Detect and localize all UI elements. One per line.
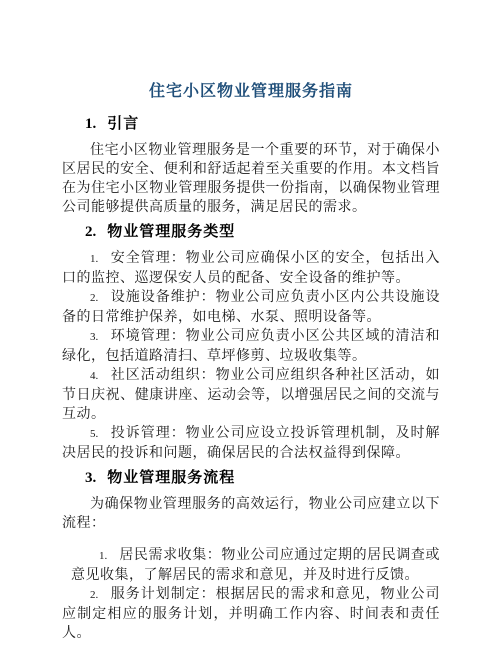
process-intro-paragraph: 为确保物业管理服务的高效运行，物业公司应建立以下流程： — [62, 495, 440, 533]
item-number: 2. — [90, 292, 98, 304]
section-title: 物业管理服务类型 — [107, 224, 235, 240]
item-text: 环境管理：物业公司应负责小区公共区域的清洁和绿化，包括道路清扫、草坪修剪、垃圾收… — [62, 329, 440, 364]
item-number: 3. — [90, 331, 98, 343]
list-item-community-activities: 4.社区活动组织：物业公司应组织各种社区活动，如节日庆祝、健康讲座、运动会等，以… — [62, 366, 440, 424]
list-item-complaint-management: 5.投诉管理：物业公司应设立投诉管理机制，及时解决居民的投诉和问题，确保居民的合… — [62, 424, 440, 463]
item-text: 社区活动组织：物业公司应组织各种社区活动，如节日庆祝、健康讲座、运动会等，以增强… — [62, 368, 440, 422]
list-item-needs-collection: 1.居民需求收集：物业公司应通过定期的居民调查或意见收集，了解居民的需求和意见，… — [62, 546, 440, 585]
item-text: 设施设备维护：物业公司应负责小区内公共设施设备的日常维护保养，如电梯、水泵、照明… — [62, 290, 440, 325]
intro-paragraph: 住宅小区物业管理服务是一个重要的环节，对于确保小区居民的安全、便利和舒适起着至关… — [62, 141, 440, 217]
section-title: 引言 — [107, 116, 139, 132]
item-number: 2. — [90, 589, 98, 601]
list-item-environment: 3.环境管理：物业公司应负责小区公共区域的清洁和绿化，包括道路清扫、草坪修剪、垃… — [62, 327, 440, 366]
list-item-service-planning: 2.服务计划制定：根据居民的需求和意见，物业公司应制定相应的服务计划，并明确工作… — [62, 585, 440, 643]
section-heading-service-types: 2.物业管理服务类型 — [62, 223, 440, 242]
item-text: 居民需求收集：物业公司应通过定期的居民调查或意见收集，了解居民的需求和意见，并及… — [71, 548, 440, 583]
item-number: 1. — [99, 550, 107, 562]
section-number: 1. — [85, 116, 96, 132]
item-number: 4. — [90, 370, 98, 382]
item-number: 5. — [90, 428, 98, 440]
item-text: 安全管理：物业公司应确保小区的安全，包括出入口的监控、巡逻保安人员的配备、安全设… — [62, 251, 440, 286]
document-title: 住宅小区物业管理服务指南 — [62, 82, 440, 101]
section-heading-introduction: 1.引言 — [62, 115, 440, 134]
section-heading-service-process: 3.物业管理服务流程 — [62, 469, 440, 488]
item-text: 投诉管理：物业公司应设立投诉管理机制，及时解决居民的投诉和问题，确保居民的合法权… — [62, 426, 440, 461]
section-number: 2. — [85, 224, 96, 240]
section-number: 3. — [85, 470, 96, 486]
document-page: 住宅小区物业管理服务指南 1.引言 住宅小区物业管理服务是一个重要的环节，对于确… — [0, 0, 500, 647]
list-item-security: 1.安全管理：物业公司应确保小区的安全，包括出入口的监控、巡逻保安人员的配备、安… — [62, 249, 440, 288]
item-number: 1. — [90, 253, 98, 265]
item-text: 服务计划制定：根据居民的需求和意见，物业公司应制定相应的服务计划，并明确工作内容… — [62, 587, 440, 641]
list-item-facility-maintenance: 2.设施设备维护：物业公司应负责小区内公共设施设备的日常维护保养，如电梯、水泵、… — [62, 288, 440, 327]
section-title: 物业管理服务流程 — [107, 470, 235, 486]
